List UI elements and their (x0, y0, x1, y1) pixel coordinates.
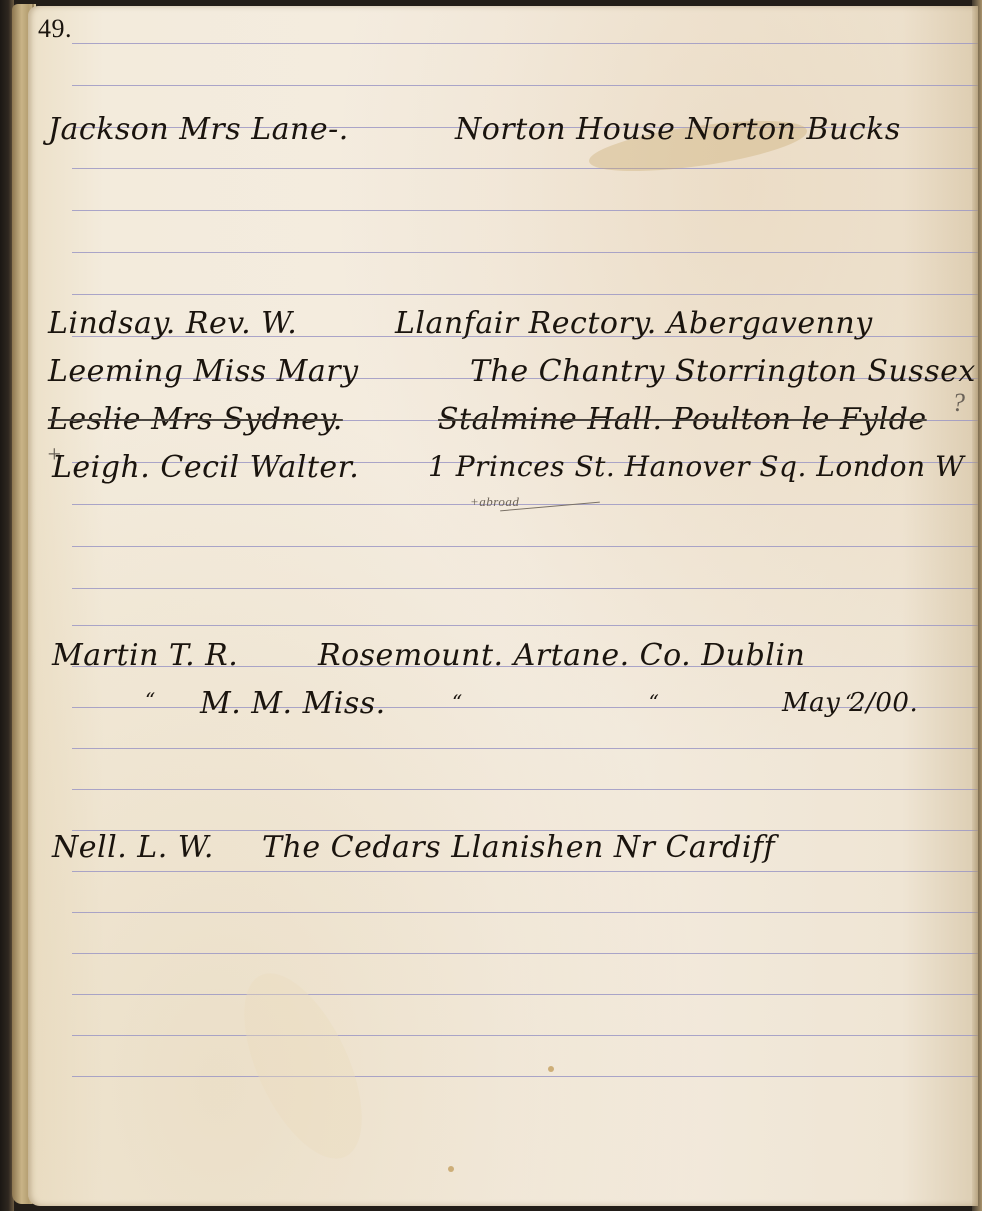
entry-address: Stalmine Hall. Poulton le Fylde (438, 402, 927, 437)
paper-stain (548, 1066, 554, 1072)
entry-name: T. R. (169, 638, 238, 673)
entry-row-struck: Leslie Mrs Sydney. (48, 402, 343, 437)
ruled-line (72, 504, 978, 505)
entry-address: 1 Princes St. Hanover Sq. London W (428, 450, 964, 483)
paper-stain (220, 956, 386, 1175)
page-number: 49. (38, 14, 72, 44)
entry-note: +abroad (470, 494, 519, 510)
entry-address: Norton House Norton Bucks (455, 112, 901, 147)
entry-name: Mrs Lane-. (179, 112, 349, 147)
page-right-edge (972, 0, 982, 1211)
ruled-line (72, 789, 978, 790)
paper-stain (448, 1166, 454, 1172)
entry-row: Leigh. Cecil Walter. (52, 450, 359, 485)
ruled-line (72, 625, 978, 626)
entry-name: Cecil Walter. (160, 450, 359, 485)
entry-surname: Leigh. (52, 450, 150, 485)
entry-row: Lindsay. Rev. W. (48, 306, 297, 341)
entry-surname: Jackson (48, 112, 169, 147)
ruled-line (72, 168, 978, 169)
ruled-line (72, 85, 978, 86)
ruled-line (72, 1076, 978, 1077)
entry-surname: Leslie (48, 402, 141, 437)
entry-date: May 2/00. (782, 688, 918, 718)
ditto-mark: “ (145, 688, 156, 712)
ruled-line (72, 294, 978, 295)
entry-name: L. W. (137, 830, 214, 865)
entry-row: Nell. L. W. (52, 830, 214, 865)
address-book-scan: 49. Jackson Mrs Lane-. Norton House Nort… (0, 0, 982, 1211)
entry-surname: Martin (52, 638, 159, 673)
entry-address: The Chantry Storrington Sussex (470, 354, 976, 389)
margin-mark: ? (952, 388, 966, 418)
ruled-line (72, 748, 978, 749)
ruled-line (72, 953, 978, 954)
entry-name: M. M. Miss. (200, 686, 386, 721)
ruled-line (72, 43, 978, 44)
ruled-line (72, 252, 978, 253)
entry-row: Leeming Miss Mary (48, 354, 359, 389)
entry-address: Llanfair Rectory. Abergavenny (395, 306, 873, 341)
entry-surname: Leeming (48, 354, 184, 389)
ruled-line (72, 912, 978, 913)
ruled-line (72, 994, 978, 995)
ruled-line (72, 210, 978, 211)
entry-name: Rev. W. (186, 306, 297, 341)
entry-address: Rosemount. Artane. Co. Dublin (318, 638, 805, 673)
entry-surname: Lindsay. (48, 306, 176, 341)
entry-row: Martin T. R. (52, 638, 238, 673)
ruled-line (72, 588, 978, 589)
ruled-line (72, 871, 978, 872)
entry-surname: Nell. (52, 830, 127, 865)
ruled-line (72, 1035, 978, 1036)
ruled-line (72, 546, 978, 547)
entry-name: Miss Mary (194, 354, 359, 389)
entry-row: Jackson Mrs Lane-. (48, 112, 349, 147)
entry-address: The Cedars Llanishen Nr Cardiff (262, 830, 775, 865)
entry-name: Mrs Sydney. (151, 402, 343, 437)
notebook-page (28, 6, 978, 1206)
